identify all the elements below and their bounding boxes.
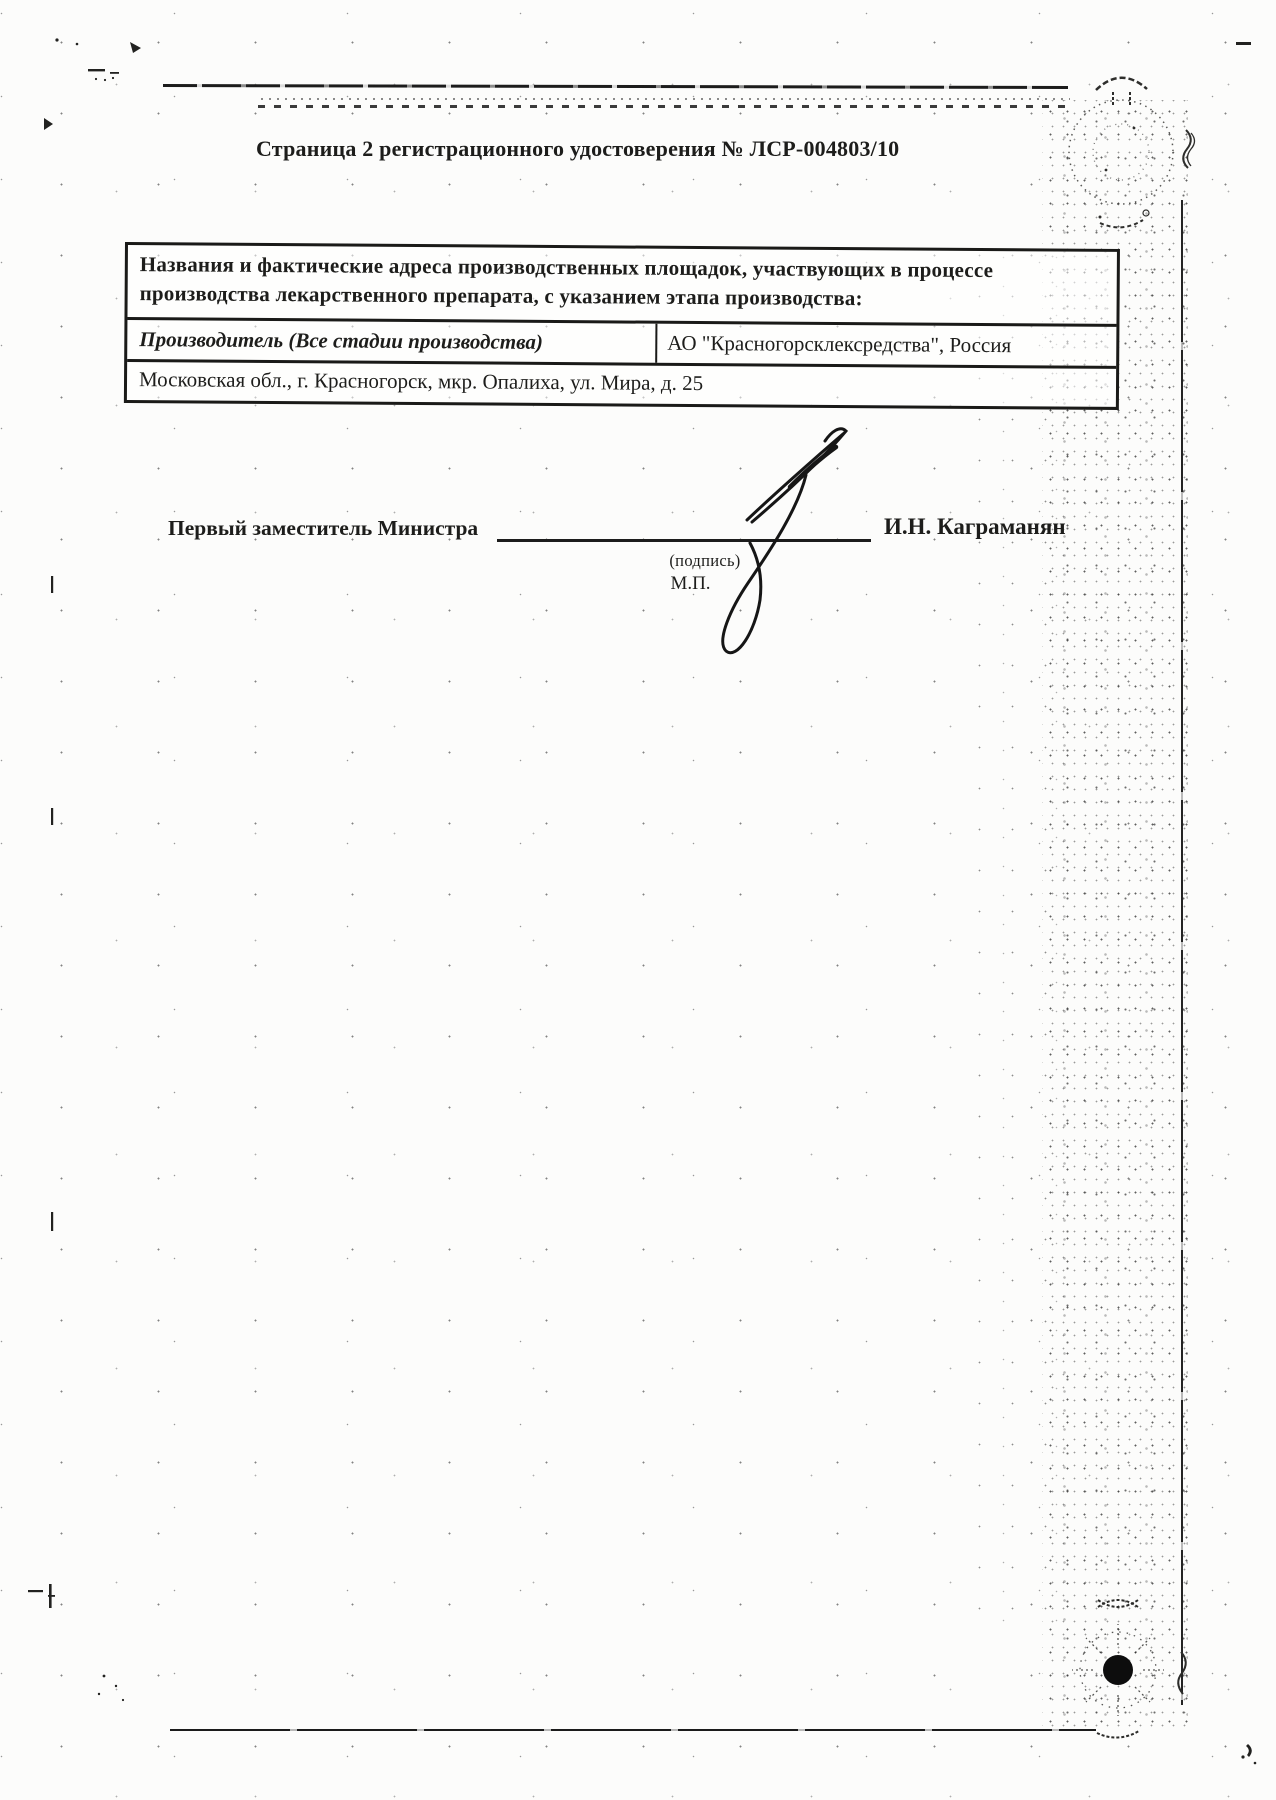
top-dotted-band [258,96,1070,109]
producer-label-cell: Производитель (Все стадии производства) [127,320,657,363]
top-horizontal-rule [163,84,1068,89]
page-header-line: Страница 2 регистрационного удостоверени… [256,136,899,162]
signature-caption: (подпись) [600,551,810,571]
bottom-horizontal-rule [170,1729,1096,1731]
right-edge-vertical-line [1181,200,1183,1705]
producer-value-cell: АО "Красногорсклексредства", Россия [657,324,1019,366]
signatory-name: И.Н. Каграманян [884,514,1066,540]
punch-hole-dot [1103,1655,1133,1685]
stamp-remnant-top-right [1069,78,1195,228]
table-row-producer: Производитель (Все стадии производства) … [127,320,1116,369]
table-header-cell: Названия и фактические адреса производст… [127,245,1116,327]
stamp-placeholder: М.П. [598,573,783,595]
scanned-document-page: Страница 2 регистрационного удостоверени… [0,0,1276,1800]
signatory-title: Первый заместитель Министра [168,516,478,541]
scan-noise-mid-band [960,230,1070,1630]
punch-hole-seal [1072,1600,1186,1738]
table-row-address: Московская обл., г. Красногорск, мкр. Оп… [127,362,1116,407]
production-sites-table: Названия и фактические адреса производст… [124,242,1120,410]
signature-line [497,539,871,542]
